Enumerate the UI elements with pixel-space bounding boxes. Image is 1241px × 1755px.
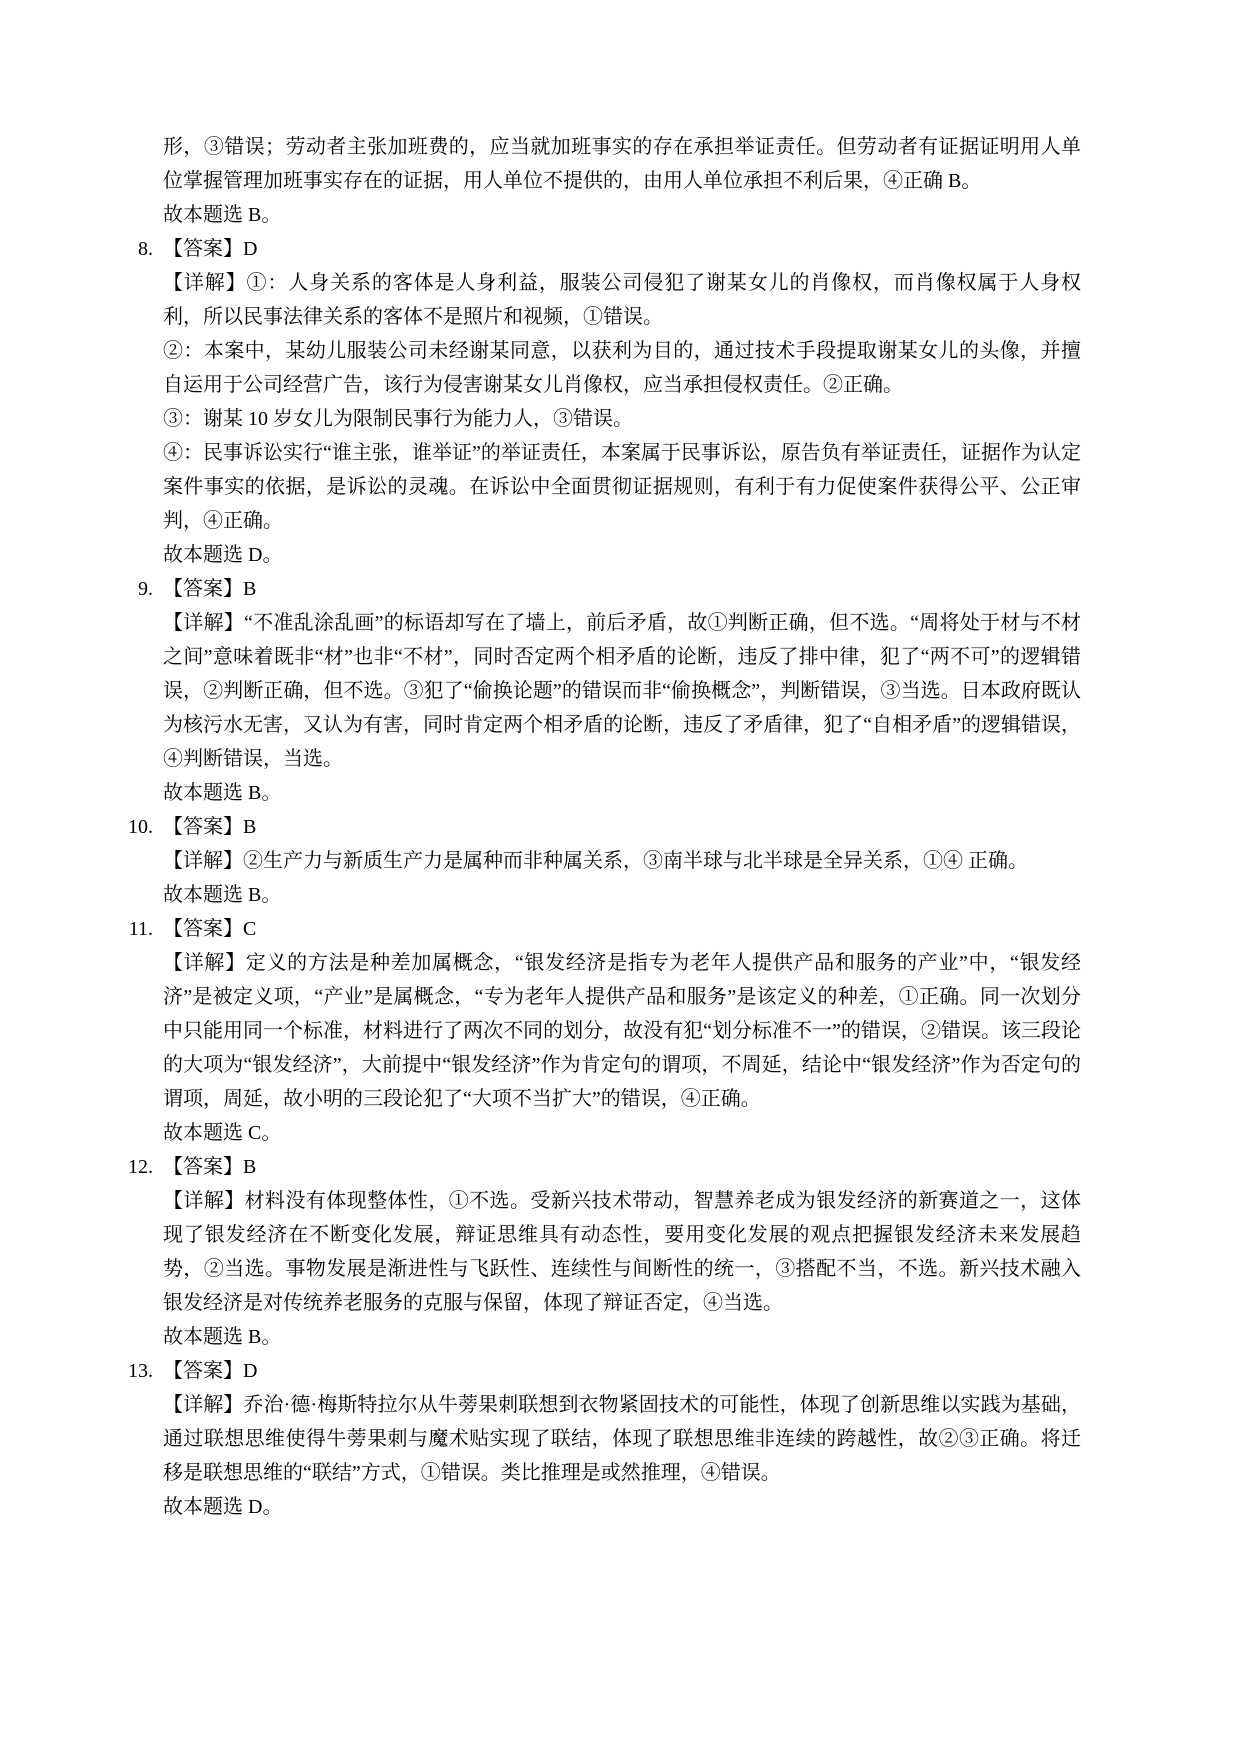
conclusion-line: 故本题选 D。	[163, 538, 1081, 572]
item-number: 8.	[124, 232, 163, 266]
item-content: 【答案】D【详解】乔治·德·梅斯特拉尔从牛蒡果刺联想到衣物紧固技术的可能性，体现…	[163, 1354, 1081, 1524]
item-content: 【答案】C【详解】定义的方法是种差加属概念，“银发经济是指专为老年人提供产品和服…	[163, 912, 1081, 1150]
item-number: 10.	[124, 810, 163, 844]
answer-item: 10. 【答案】B【详解】②生产力与新质生产力是属种而非种属关系，③南半球与北半…	[124, 810, 1081, 912]
answer-item: 12. 【答案】B【详解】材料没有体现整体性，①不选。受新兴技术带动，智慧养老成…	[124, 1150, 1081, 1354]
explanation-paragraph: 【详解】“不准乱涂乱画”的标语却写在了墙上，前后矛盾，故①判断正确，但不选。“周…	[163, 606, 1081, 776]
explanation-paragraph: 【详解】乔治·德·梅斯特拉尔从牛蒡果刺联想到衣物紧固技术的可能性，体现了创新思维…	[163, 1388, 1081, 1490]
explanation-paragraph: 【详解】②生产力与新质生产力是属种而非种属关系，③南半球与北半球是全异关系，①④…	[163, 844, 1081, 878]
explanation-paragraph: ③：谢某 10 岁女儿为限制民事行为能力人，③错误。	[163, 402, 1081, 436]
item-number: 13.	[124, 1354, 163, 1388]
item-number: 9.	[124, 572, 163, 606]
item-content: 【答案】D【详解】①：人身关系的客体是人身利益，服装公司侵犯了谢某女儿的肖像权，…	[163, 232, 1081, 572]
answer-item: 9. 【答案】B【详解】“不准乱涂乱画”的标语却写在了墙上，前后矛盾，故①判断正…	[124, 572, 1081, 810]
answer-key-page: 形，③错误；劳动者主张加班费的，应当就加班事实的存在承担举证责任。但劳动者有证据…	[0, 0, 1241, 1755]
answer-line: 【答案】D	[163, 232, 1081, 266]
item-number: 11.	[124, 912, 163, 946]
explanation-paragraph: 【详解】①：人身关系的客体是人身利益，服装公司侵犯了谢某女儿的肖像权，而肖像权属…	[163, 266, 1081, 334]
conclusion-line: 故本题选 B。	[163, 776, 1081, 810]
explanation-paragraph: 【详解】定义的方法是种差加属概念，“银发经济是指专为老年人提供产品和服务的产业”…	[163, 946, 1081, 1116]
answer-item: 13. 【答案】D【详解】乔治·德·梅斯特拉尔从牛蒡果刺联想到衣物紧固技术的可能…	[124, 1354, 1081, 1524]
explanation-paragraph: ②：本案中，某幼儿服装公司未经谢某同意，以获利为目的，通过技术手段提取谢某女儿的…	[163, 334, 1081, 402]
answer-list: 形，③错误；劳动者主张加班费的，应当就加班事实的存在承担举证责任。但劳动者有证据…	[0, 0, 1241, 1524]
item-content: 【答案】B【详解】材料没有体现整体性，①不选。受新兴技术带动，智慧养老成为银发经…	[163, 1150, 1081, 1354]
answer-line: 【答案】C	[163, 912, 1081, 946]
item-content: 形，③错误；劳动者主张加班费的，应当就加班事实的存在承担举证责任。但劳动者有证据…	[163, 130, 1081, 232]
explanation-paragraph: 【详解】材料没有体现整体性，①不选。受新兴技术带动，智慧养老成为银发经济的新赛道…	[163, 1184, 1081, 1320]
item-number: 12.	[124, 1150, 163, 1184]
answer-line: 【答案】B	[163, 1150, 1081, 1184]
conclusion-line: 故本题选 B。	[163, 198, 1081, 232]
item-content: 【答案】B【详解】“不准乱涂乱画”的标语却写在了墙上，前后矛盾，故①判断正确，但…	[163, 572, 1081, 810]
conclusion-line: 故本题选 C。	[163, 1116, 1081, 1150]
answer-line: 【答案】D	[163, 1354, 1081, 1388]
answer-line: 【答案】B	[163, 572, 1081, 606]
answer-item: 11. 【答案】C【详解】定义的方法是种差加属概念，“银发经济是指专为老年人提供…	[124, 912, 1081, 1150]
conclusion-line: 故本题选 B。	[163, 1320, 1081, 1354]
conclusion-line: 故本题选 B。	[163, 878, 1081, 912]
answer-item: 8. 【答案】D【详解】①：人身关系的客体是人身利益，服装公司侵犯了谢某女儿的肖…	[124, 232, 1081, 572]
item-content: 【答案】B【详解】②生产力与新质生产力是属种而非种属关系，③南半球与北半球是全异…	[163, 810, 1081, 912]
conclusion-line: 故本题选 D。	[163, 1490, 1081, 1524]
explanation-paragraph: 形，③错误；劳动者主张加班费的，应当就加班事实的存在承担举证责任。但劳动者有证据…	[163, 130, 1081, 198]
answer-item: 形，③错误；劳动者主张加班费的，应当就加班事实的存在承担举证责任。但劳动者有证据…	[124, 130, 1081, 232]
answer-line: 【答案】B	[163, 810, 1081, 844]
explanation-paragraph: ④：民事诉讼实行“谁主张，谁举证”的举证责任，本案属于民事诉讼，原告负有举证责任…	[163, 436, 1081, 538]
